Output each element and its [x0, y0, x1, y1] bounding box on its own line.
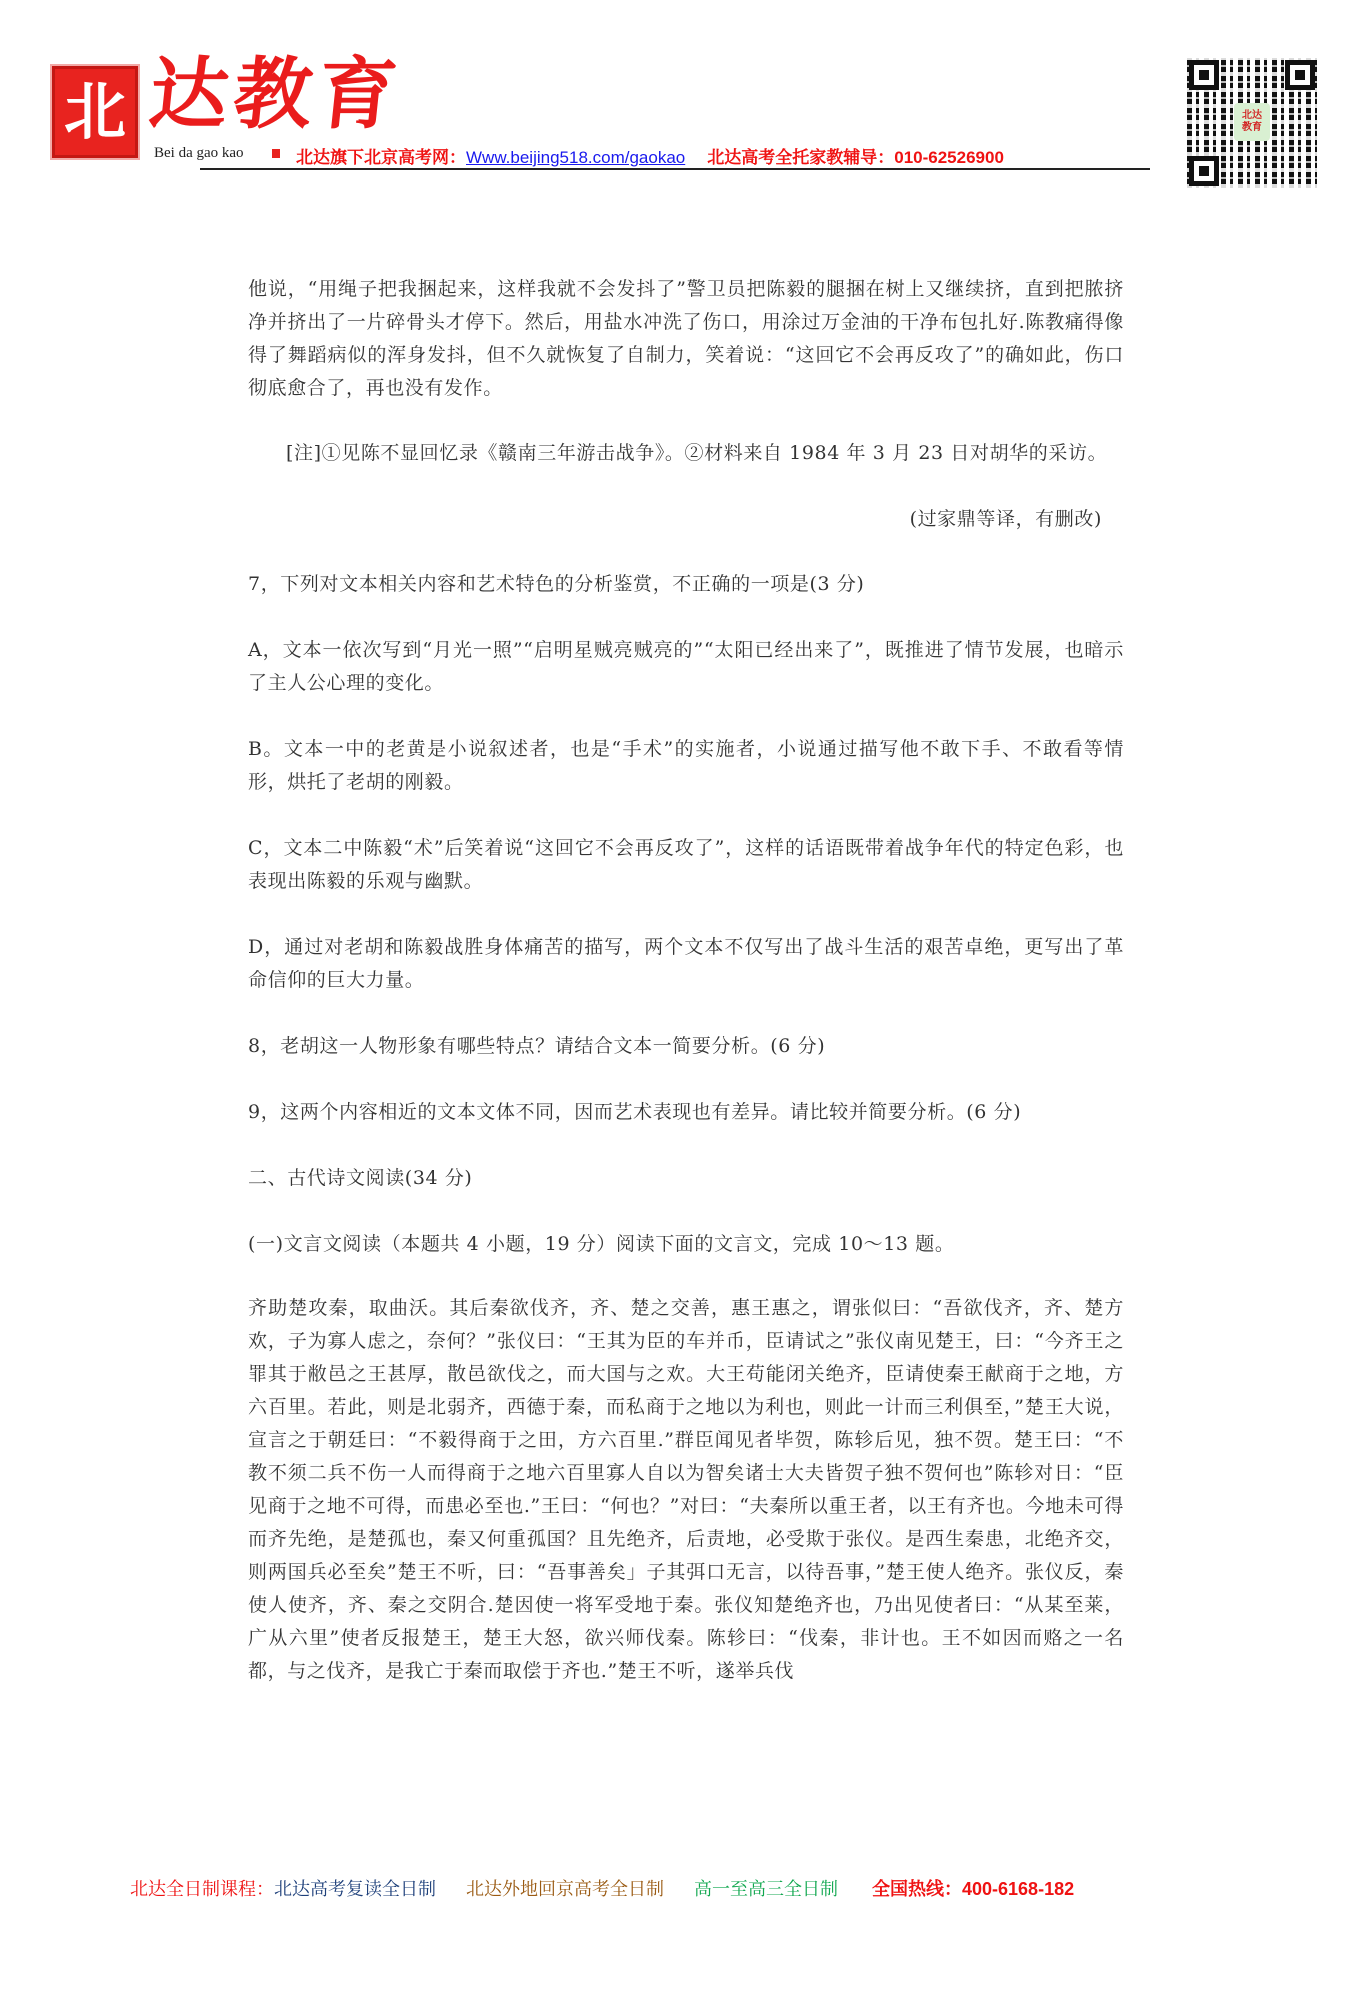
logo-text: 达教育 — [146, 56, 406, 134]
question-8: 8，老胡这一人物形象有哪些特点？请结合文本一简要分析。(6 分) — [248, 1030, 1124, 1063]
courses-label: 北达全日制课程： — [130, 1879, 274, 1899]
classical-passage: 齐助楚攻秦，取曲沃。其后秦欲伐齐，齐、楚之交善，惠王惠之，谓张似曰：“吾欲伐齐，… — [248, 1292, 1124, 1688]
passage-paragraph: 他说，“用绳子把我捆起来，这样我就不会发抖了”警卫员把陈毅的腿捆在树上又继续挤，… — [248, 273, 1124, 405]
bullet-square-icon — [272, 149, 280, 158]
qr-finder — [1189, 156, 1219, 186]
hotline: 全国热线：400-6168-182 — [872, 1879, 1074, 1899]
page-footer: 北达全日制课程：北达高考复读全日制北达外地回京高考全日制高一至高三全日制全国热线… — [130, 1875, 1104, 1901]
header-divider — [200, 168, 1150, 170]
qr-center-logo: 北达 教育 — [1234, 103, 1270, 141]
question-7: 7，下列对文本相关内容和艺术特色的分析鉴赏，不正确的一项是(3 分) — [248, 568, 1124, 601]
footnote: [注]①见陈不显回忆录《赣南三年游击战争》。②材料来自 1984 年 3 月 2… — [248, 437, 1124, 470]
tutoring-label: 北达高考全托家教辅导： — [707, 148, 894, 167]
tutoring-phone: 010-62526900 — [894, 148, 1004, 167]
option-d: D，通过对老胡和陈毅战胜身体痛苦的描写，两个文本不仅写出了战斗生活的艰苦卓绝，更… — [248, 931, 1124, 997]
qr-finder — [1189, 60, 1219, 90]
logo-mark: 北 — [52, 66, 138, 158]
logo-char: 北 — [64, 81, 126, 143]
qr-finder — [1285, 60, 1315, 90]
qr-code-icon: 北达 教育 — [1187, 58, 1317, 188]
option-c: C，文本二中陈毅“术”后笑着说“这回它不会再反攻了”，这样的话语既带着战争年代的… — [248, 832, 1124, 898]
site-label: 北达旗下北京高考网： — [296, 148, 466, 167]
section-title: 二、古代诗文阅读(34 分) — [248, 1162, 1124, 1195]
question-9: 9，这两个内容相近的文本文体不同，因而艺术表现也有差异。请比较并简要分析。(6 … — [248, 1096, 1124, 1129]
logo-subtitle: Bei da gao kao — [154, 145, 244, 162]
course-link-outoftown: 北达外地回京高考全日制 — [466, 1879, 664, 1899]
option-b: B。文本一中的老黄是小说叙述者，也是“手术”的实施者，小说通过描写他不敢下手、不… — [248, 733, 1124, 799]
header-info: 北达旗下北京高考网：Www.beijing518.com/gaokao北达高考全… — [296, 143, 1004, 168]
source-attribution: (过家鼎等译，有删改) — [248, 503, 1124, 536]
subsection-instructions: (一)文言文阅读（本题共 4 小题，19 分）阅读下面的文言文，完成 10～13… — [248, 1228, 1124, 1261]
site-link[interactable]: Www.beijing518.com/gaokao — [466, 148, 685, 167]
course-link-fulltime: 高一至高三全日制 — [694, 1879, 838, 1899]
option-a: A，文本一依次写到“月光一照”“启明星贼亮贼亮的”“太阳已经出来了”，既推进了情… — [248, 634, 1124, 700]
course-link-repeat: 北达高考复读全日制 — [274, 1879, 436, 1899]
